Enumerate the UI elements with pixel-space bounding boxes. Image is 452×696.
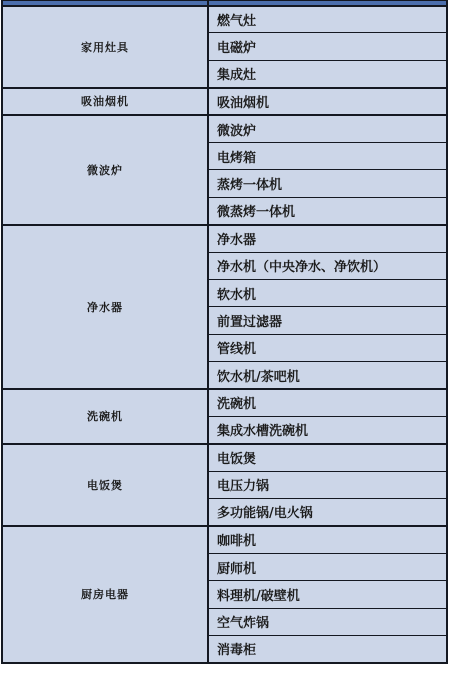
item-cell: 集成水槽洗碗机	[208, 416, 447, 443]
category-cell: 家用灶具	[2, 6, 208, 88]
table-row: 家用灶具燃气灶	[2, 6, 447, 33]
item-cell: 管线机	[208, 334, 447, 361]
item-cell: 咖啡机	[208, 526, 447, 553]
item-cell: 多功能锅/电火锅	[208, 499, 447, 526]
item-cell: 蒸烤一体机	[208, 170, 447, 197]
item-cell: 电饭煲	[208, 444, 447, 471]
item-cell: 软水机	[208, 279, 447, 306]
category-cell: 吸油烟机	[2, 88, 208, 115]
category-cell: 净水器	[2, 225, 208, 389]
category-cell: 洗碗机	[2, 389, 208, 444]
item-cell: 厨师机	[208, 553, 447, 580]
table-row: 吸油烟机吸油烟机	[2, 88, 447, 115]
table-row: 电饭煲电饭煲	[2, 444, 447, 471]
item-cell: 洗碗机	[208, 389, 447, 416]
category-cell: 电饭煲	[2, 444, 208, 526]
item-cell: 微波炉	[208, 115, 447, 142]
item-cell: 吸油烟机	[208, 88, 447, 115]
category-cell: 厨房电器	[2, 526, 208, 663]
item-cell: 电烤箱	[208, 142, 447, 169]
table-row: 微波炉微波炉	[2, 115, 447, 142]
table-row: 厨房电器咖啡机	[2, 526, 447, 553]
item-cell: 电压力锅	[208, 471, 447, 498]
item-cell: 消毒柜	[208, 635, 447, 662]
item-cell: 燃气灶	[208, 6, 447, 33]
page: 家用灶具燃气灶电磁炉集成灶吸油烟机吸油烟机微波炉微波炉电烤箱蒸烤一体机微蒸烤一体…	[0, 0, 452, 696]
item-cell: 电磁炉	[208, 33, 447, 60]
item-cell: 净水器	[208, 225, 447, 252]
item-cell: 饮水机/茶吧机	[208, 362, 447, 389]
item-cell: 料理机/破壁机	[208, 581, 447, 608]
item-cell: 集成灶	[208, 60, 447, 87]
item-cell: 净水机（中央净水、净饮机）	[208, 252, 447, 279]
category-cell: 微波炉	[2, 115, 208, 225]
appliance-category-table: 家用灶具燃气灶电磁炉集成灶吸油烟机吸油烟机微波炉微波炉电烤箱蒸烤一体机微蒸烤一体…	[1, 0, 448, 664]
item-cell: 前置过滤器	[208, 307, 447, 334]
table-row: 净水器净水器	[2, 225, 447, 252]
item-cell: 空气炸锅	[208, 608, 447, 635]
table-row: 洗碗机洗碗机	[2, 389, 447, 416]
item-cell: 微蒸烤一体机	[208, 197, 447, 224]
table-body: 家用灶具燃气灶电磁炉集成灶吸油烟机吸油烟机微波炉微波炉电烤箱蒸烤一体机微蒸烤一体…	[2, 1, 447, 663]
